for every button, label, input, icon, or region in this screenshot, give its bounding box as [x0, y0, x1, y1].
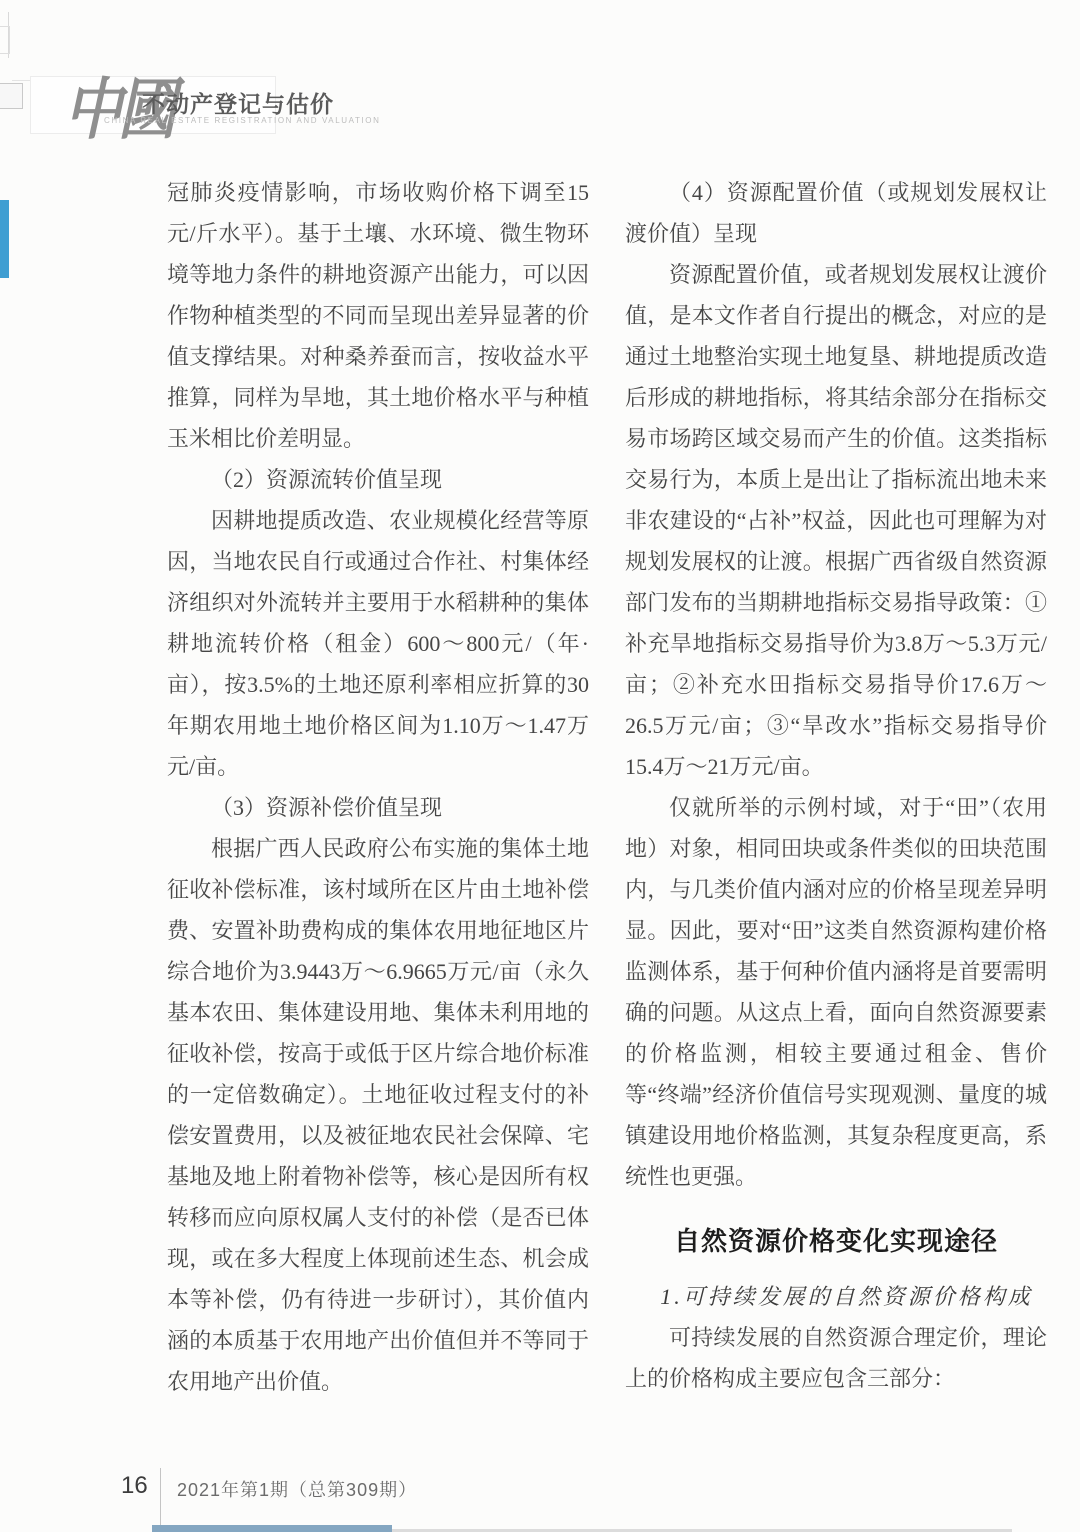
- scan-artifact-bottom-strip: [152, 1525, 392, 1532]
- page-number: 16: [121, 1472, 148, 1500]
- numbered-subheading: 1.可持续发展的自然资源价格构成: [625, 1276, 1047, 1317]
- body-paragraph: 资源配置价值，或者规划发展权让渡价值，是本文作者自行提出的概念，对应的是通过土地…: [625, 254, 1047, 787]
- footer-divider: [160, 1468, 161, 1532]
- body-paragraph: 根据广西人民政府公布实施的集体土地征收补偿标准，该村域所在区片由土地补偿费、安置…: [167, 828, 589, 1402]
- body-paragraph: 因耕地提质改造、农业规模化经营等原因，当地农民自行或通过合作社、村集体经济组织对…: [167, 500, 589, 787]
- left-column: 冠肺炎疫情影响，市场收购价格下调至15元/斤水平）。基于土壤、水环境、微生物环境…: [167, 172, 589, 1402]
- body-paragraph: 可持续发展的自然资源合理定价，理论上的价格构成主要应包含三部分：: [625, 1317, 1047, 1399]
- edge-accent-tab: [0, 200, 9, 278]
- masthead: 中國 不动产登记与估价 CHINA REAL ESTATE REGISTRATI…: [30, 74, 280, 134]
- right-column: （4）资源配置价值（或规划发展权让渡价值）呈现 资源配置价值，或者规划发展权让渡…: [625, 172, 1047, 1399]
- magazine-page-scan: 中國 不动产登记与估价 CHINA REAL ESTATE REGISTRATI…: [0, 0, 1080, 1532]
- issue-info: 2021年第1期（总第309期）: [177, 1476, 417, 1502]
- body-paragraph: 仅就所举的示例村域，对于“田”（农用地）对象，相同田块或条件类似的田块范围内，与…: [625, 787, 1047, 1197]
- subsection-label: （3）资源补偿价值呈现: [167, 787, 589, 828]
- subsection-label: （4）资源配置价值（或规划发展权让渡价值）呈现: [625, 172, 1047, 254]
- section-heading: 自然资源价格变化实现途径: [625, 1221, 1047, 1262]
- subsection-label: （2）资源流转价值呈现: [167, 459, 589, 500]
- scan-artifact-box: [0, 26, 10, 54]
- brand-title: 不动产登记与估价: [142, 86, 334, 119]
- page-footer: 16 2021年第1期（总第309期）: [0, 1466, 1080, 1532]
- body-paragraph: 冠肺炎疫情影响，市场收购价格下调至15元/斤水平）。基于土壤、水环境、微生物环境…: [167, 172, 589, 459]
- brand-subtitle-en: CHINA REAL ESTATE REGISTRATION AND VALUA…: [104, 116, 381, 125]
- scan-artifact-bracket: [0, 83, 23, 109]
